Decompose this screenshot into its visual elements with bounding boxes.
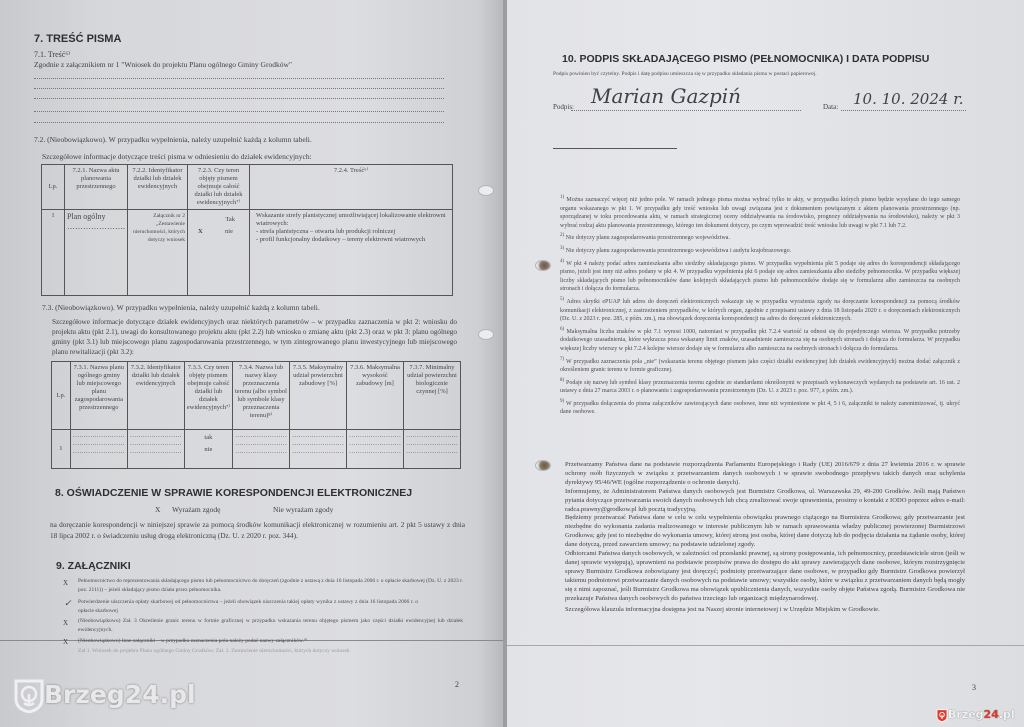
punch-hole — [478, 329, 494, 340]
gdpr-paragraph: Będziemy przetwarzać Państwa dane w celu… — [565, 514, 965, 550]
date-label: Data: — [823, 102, 838, 112]
fold-line — [507, 645, 1024, 646]
option-no: nie — [225, 228, 233, 236]
table-header: 7.3.2. Identyfikator działki lub działek… — [127, 362, 184, 430]
table-header: 7.2.2. Identyfikator działki lub działek… — [128, 165, 188, 210]
table-header: 7.2.3. Czy teren objęty pismem obejmuje … — [188, 165, 250, 210]
table-7-2: Lp. 7.2.1. Nazwa aktu planowania przestr… — [41, 164, 453, 296]
section-10-title: 10. PODPIS SKŁADAJĄCEGO PISMO (PEŁNOMOCN… — [562, 53, 929, 65]
table-header: 7.3.5. Maksymalny udział powierzchni zab… — [290, 362, 347, 430]
gdpr-paragraph: Informujemy, że Administratorem Państwa … — [565, 488, 965, 515]
footnote: 2) Nie dotyczy planu zagospodarowania pr… — [560, 232, 960, 243]
table-header: 7.2.1. Nazwa aktu planowania przestrzenn… — [65, 165, 128, 210]
attachment-item: (Nieobowiązkowo) Inne załączniki – w prz… — [78, 637, 463, 646]
section-7-2-label: 7.2. (Nieobowiązkowo). W przypadku wypeł… — [34, 135, 312, 145]
option-yes: Tak — [225, 216, 235, 224]
section-7-title: 7. TREŚĆ PISMA — [34, 33, 121, 45]
punch-hole — [535, 460, 551, 471]
table-header: 7.2.4. Treść⁶⁾ — [250, 165, 453, 210]
table-header: Lp. — [52, 362, 71, 430]
dotted-line — [34, 78, 444, 79]
date-line — [841, 110, 966, 111]
attachment-mark: X — [63, 618, 68, 628]
punch-hole — [535, 260, 551, 271]
no-consent-option: Nie wyrażam zgody — [273, 505, 333, 515]
document-page-2: 7. TREŚĆ PISMA 7.1. Treść⁶⁾ Zgodnie z za… — [0, 0, 503, 727]
section-8-title: 8. OŚWIADCZENIE W SPRAWIE KORESPONDENCJI… — [55, 487, 412, 499]
blank-field: …………………… — [130, 432, 182, 440]
blank-field: …………………… — [406, 440, 458, 448]
section-7-1-value: Zgodnie z załącznikiem nr 1 "Wniosek do … — [34, 60, 292, 70]
blank-field: …………………… — [406, 432, 458, 440]
table-row: 1 ……………………………………………………………… …………………………………… — [52, 430, 461, 469]
blank-field: …………………… — [235, 448, 287, 456]
gdpr-paragraph: Szczegółowa klauzula informacyjna dostęp… — [565, 606, 965, 615]
content-line: - profil funkcjonalny dodatkowy – tereny… — [256, 236, 450, 244]
signature-line — [571, 110, 801, 111]
signature-note: Podpis powinien być czytelny. Podpis i d… — [553, 70, 817, 79]
blank-field: …………………… — [292, 448, 344, 456]
shield-icon — [936, 709, 948, 722]
table-header: 7.3.4. Nazwa lub nazwy klasy przeznaczen… — [233, 362, 290, 430]
watermark-logo: Brzeg24.pl — [14, 679, 196, 713]
option-no: nie — [187, 444, 230, 456]
page-number: 2 — [455, 680, 459, 690]
footnote: 4) W pkt 4 należy podać adres zamieszkan… — [560, 258, 960, 294]
dotted-line — [34, 98, 444, 99]
footnote: 8) Podaje się nazwę lub symbol klasy prz… — [560, 377, 960, 396]
blank-field: …………………… — [73, 448, 125, 456]
attachment-item: Pełnomocnictwo do reprezentowania składa… — [78, 577, 463, 594]
page-number: 3 — [972, 683, 976, 693]
blank-field: …………………… — [73, 440, 125, 448]
table-header: 7.3.1. Nazwa planu ogólnego gminy lub mi… — [70, 362, 127, 430]
watermark-logo-small: Brzeg24.pl — [936, 708, 1015, 722]
punch-hole — [478, 185, 494, 196]
table-7-3: Lp. 7.3.1. Nazwa planu ogólnego gminy lu… — [51, 361, 461, 469]
footnote: 3) Nie dotyczy planu zagospodarowania pr… — [560, 245, 960, 256]
section-8-text: na doręczanie korespondencji w niniejsze… — [50, 520, 465, 541]
footnote: 6) Maksymalna liczba znaków w pkt 7.1 wy… — [560, 326, 960, 354]
consent-option: Wyrażam zgodę — [172, 505, 220, 515]
attachment-mark: X — [63, 578, 68, 588]
attachment-item: Potwierdzenie uiszczenia opłaty skarbowe… — [78, 598, 418, 615]
footnote: 7) W przypadku zaznaczenia pola „nie” (w… — [560, 356, 960, 375]
blank-field: …………………… — [235, 432, 287, 440]
table-header: Lp. — [42, 165, 65, 210]
dotted-line — [34, 111, 444, 112]
dotted-line — [34, 88, 444, 89]
table-row: 1 Plan ogólny …………………. Załącznik nr 2 „Z… — [42, 210, 453, 296]
table-header: 7.3.3. Czy teren objęty pismem obejmuje … — [184, 362, 232, 430]
section-9-title: 9. ZAŁĄCZNIKI — [56, 560, 131, 572]
row-number: 1 — [42, 210, 65, 296]
blank-field: …………………… — [235, 440, 287, 448]
blank-field: …………………… — [292, 440, 344, 448]
attachment-mark: ✓ — [64, 598, 72, 608]
table-header: 7.3.6. Maksymalna wysokość zabudowy [m] — [347, 362, 404, 430]
checkbox-mark: X — [198, 228, 203, 236]
blank-field: …………………… — [349, 432, 401, 440]
other-attachments-list: Zał 1. Wniosek do projektu Planu ogólneg… — [78, 647, 463, 656]
footnotes: 1) Można zaznaczyć więcej niż jedno pole… — [560, 194, 960, 419]
plan-name: Plan ogólny — [67, 212, 125, 222]
blank-field: …………………… — [73, 432, 125, 440]
attachment-item: (Nieobowiązkowo) Zał. 3 Określenie grani… — [78, 617, 463, 634]
gdpr-clause: Przetwarzamy Państwa dane na podstawie r… — [565, 461, 965, 614]
gdpr-paragraph: Przetwarzamy Państwa dane na podstawie r… — [565, 461, 965, 488]
table-7-3-caption: Szczegółowe informacje dotyczące działek… — [52, 317, 457, 357]
footnote: 9) W przypadku dołączenia do pisma załąc… — [560, 398, 960, 417]
blank-field: …………………… — [292, 432, 344, 440]
handwritten-signature: Marian Gazpiń — [591, 84, 741, 108]
attachment-mark: X — [63, 637, 68, 647]
blank-field: …………………… — [349, 448, 401, 456]
content-line: Wskazanie strefy planistycznej umożliwia… — [256, 212, 450, 228]
document-page-3: 10. PODPIS SKŁADAJĄCEGO PISMO (PEŁNOMOCN… — [507, 0, 1024, 727]
content-line: - strefa planistyczna – otwarta lub prod… — [256, 228, 450, 236]
footnote: 1) Można zaznaczyć więcej niż jedno pole… — [560, 194, 960, 230]
row-number: 1 — [52, 430, 71, 469]
plan-name-dots: …………………. — [67, 222, 125, 232]
footnote-separator — [553, 148, 677, 149]
parcel-identifier: Załącznik nr 2 „Zestawienie nieruchomośc… — [128, 210, 188, 296]
option-yes: tak — [187, 432, 230, 444]
handwritten-date: 10. 10. 2024 r. — [853, 90, 963, 108]
shield-icon — [14, 679, 44, 713]
section-7-3-label: 7.3. (Nieobowiązkowo). W przypadku wypeł… — [42, 303, 320, 313]
table-header: 7.3.7. Minimalny udział powierzchni biol… — [404, 362, 461, 430]
consent-mark: X — [155, 505, 160, 515]
section-7-1-label: 7.1. Treść⁶⁾ — [34, 50, 70, 60]
blank-field: …………………… — [130, 440, 182, 448]
footnote: 5) Adres skrytki ePUAP lub adres do dorę… — [560, 296, 960, 324]
blank-field: …………………… — [406, 448, 458, 456]
blank-field: …………………… — [349, 440, 401, 448]
dotted-line — [34, 122, 444, 123]
gdpr-paragraph: Odbiorcami Państwa danych osobowych, w z… — [565, 550, 965, 603]
table-7-2-caption: Szczegółowe informacje dotyczące treści … — [42, 152, 312, 162]
blank-field: …………………… — [130, 448, 182, 456]
